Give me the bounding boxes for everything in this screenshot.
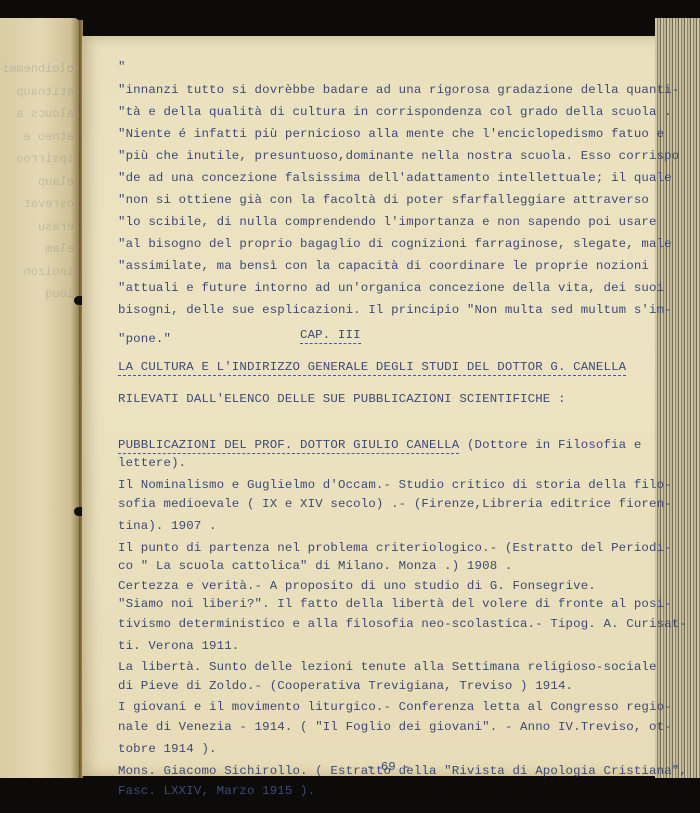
quote-line: "tà e della qualità di cultura in corris… bbox=[118, 105, 672, 119]
publication-entry: sofia medioevale ( IX e XIV secolo) .- (… bbox=[118, 497, 672, 511]
publication-entry: La libertà. Sunto delle lezioni tenute a… bbox=[118, 660, 657, 674]
quote-line: "de ad una concezione falsissima dell'ad… bbox=[118, 171, 672, 185]
publications-heading-cont: lettere). bbox=[118, 456, 186, 470]
section-title-line1: LA CULTURA E L'INDIRIZZO GENERALE DEGLI … bbox=[118, 360, 626, 374]
publication-entry: tina). 1907 . bbox=[118, 519, 217, 533]
publication-entry: tobre 1914 ). bbox=[118, 742, 217, 756]
top-mark: " bbox=[118, 60, 126, 74]
chapter-heading: CAP. III bbox=[300, 328, 361, 342]
publication-entry: nale di Venezia - 1914. ( "Il Foglio dei… bbox=[118, 720, 672, 734]
publication-entry: ti. Verona 1911. bbox=[118, 639, 239, 653]
publication-entry: Il punto di partenza nel problema criter… bbox=[118, 541, 672, 555]
publication-entry: I giovani e il movimento liturgico.- Con… bbox=[118, 700, 672, 714]
publication-entry: "Siamo noi liberi?". Il fatto della libe… bbox=[118, 597, 672, 611]
quote-line: "lo scibile, di nulla comprendendo l'imp… bbox=[118, 215, 657, 229]
quote-line: "assimilate, ma bensì con la capacità di… bbox=[118, 259, 649, 273]
quote-line: "non si ottiene già con la facoltà di po… bbox=[118, 193, 649, 207]
quote-line: "attuali e future intorno ad un'organica… bbox=[118, 281, 664, 295]
quote-line: "più che inutile, presuntuoso,dominante … bbox=[118, 149, 679, 163]
quote-line: "Niente é infatti più pernicioso alla me… bbox=[118, 127, 664, 141]
publication-entry: Certezza e verità.- A proposito di uno s… bbox=[118, 579, 596, 593]
publication-entry: Il Nominalismo e Guglielmo d'Occam.- Stu… bbox=[118, 478, 672, 492]
publications-heading: PUBBLICAZIONI DEL PROF. DOTTOR GIULIO CA… bbox=[118, 438, 641, 452]
quote-line: "innanzi tutto si dovrèbbe badare ad una… bbox=[118, 83, 679, 97]
left-page: oloibnemmi atitnaup aloucs a atneo e ips… bbox=[0, 18, 80, 778]
publication-entry: co " La scuola cattolica" di Milano. Mon… bbox=[118, 559, 512, 573]
quote-line: "pone." bbox=[118, 332, 171, 346]
publication-entry: di Pieve di Zoldo.- (Cooperativa Trevigi… bbox=[118, 679, 573, 693]
quote-line: bisogni, delle sue esplicazioni. Il prin… bbox=[118, 303, 672, 317]
quote-line: "al bisogno del proprio bagaglio di cogn… bbox=[118, 237, 672, 251]
section-title-line2: RILEVATI DALL'ELENCO DELLE SUE PUBBLICAZ… bbox=[118, 392, 566, 406]
page-number: - 69 - bbox=[366, 760, 411, 774]
left-page-bleed-text: oloibnemmi atitnaup aloucs a atneo e ips… bbox=[4, 58, 74, 306]
publication-entry: Fasc. LXXIV, Marzo 1915 ). bbox=[118, 784, 315, 798]
publication-entry: tivismo deterministico e alla filosofia … bbox=[118, 617, 687, 631]
